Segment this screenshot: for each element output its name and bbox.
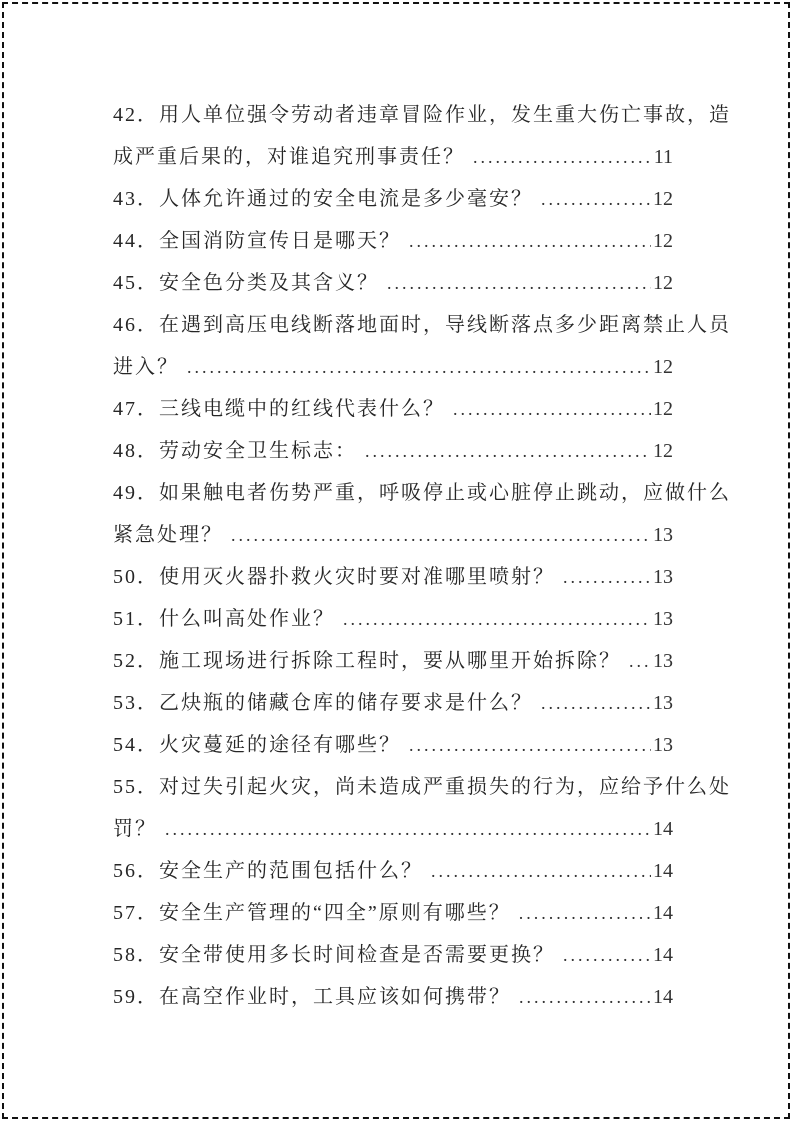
dot-leader: ........................................… (343, 598, 651, 640)
toc-line-text: 47．三线电缆中的红线代表什么？ (113, 388, 445, 430)
table-of-contents: 42．用人单位强令劳动者违章冒险作业，发生重大伤亡事故，造 成严重后果的，对谁追… (113, 94, 673, 1018)
dot-leader: ........................................… (409, 724, 651, 766)
dot-leader: ........................................… (409, 220, 651, 262)
page-number: 12 (653, 178, 673, 220)
page-number: 14 (653, 976, 673, 1018)
toc-line: 48．劳动安全卫生标志： ...........................… (113, 430, 673, 472)
toc-line: 49．如果触电者伤势严重，呼吸停止或心脏停止跳动，应做什么 (113, 472, 673, 514)
dot-leader: ........................................… (231, 514, 651, 556)
toc-line-text: 54．火灾蔓延的途径有哪些？ (113, 724, 401, 766)
dot-leader: ........................................… (541, 178, 651, 220)
dot-leader: ........................................… (519, 892, 651, 934)
toc-line: 55．对过失引起火灾，尚未造成严重损失的行为，应给予什么处 (113, 766, 673, 808)
toc-line-text: 紧急处理？ (113, 514, 223, 556)
toc-line: 46．在遇到高压电线断落地面时，导线断落点多少距离禁止人员 (113, 304, 673, 346)
dot-leader: ........................................… (387, 262, 651, 304)
dot-leader: ........................................… (365, 430, 651, 472)
toc-line-text: 56．安全生产的范围包括什么？ (113, 850, 423, 892)
toc-line: 45．安全色分类及其含义？ ..........................… (113, 262, 673, 304)
dot-leader: ........................................… (563, 934, 651, 976)
page-number: 13 (653, 514, 673, 556)
toc-line: 47．三线电缆中的红线代表什么？ .......................… (113, 388, 673, 430)
toc-line: 58．安全带使用多长时间检查是否需要更换？ ..................… (113, 934, 673, 976)
dot-leader: ........................................… (563, 556, 651, 598)
toc-line-text: 46．在遇到高压电线断落地面时，导线断落点多少距离禁止人员 (113, 314, 731, 336)
dot-leader: ........................................… (431, 850, 651, 892)
dot-leader: ........................................… (541, 682, 651, 724)
toc-line-text: 罚？ (113, 808, 157, 850)
toc-line: 51．什么叫高处作业？ ............................… (113, 598, 673, 640)
toc-line-text: 44．全国消防宣传日是哪天？ (113, 220, 401, 262)
page-number: 12 (653, 262, 673, 304)
toc-line-text: 42．用人单位强令劳动者违章冒险作业，发生重大伤亡事故，造 (113, 104, 731, 126)
toc-line: 57．安全生产管理的“四全”原则有哪些？ ...................… (113, 892, 673, 934)
toc-line: 59．在高空作业时，工具应该如何携带？ ....................… (113, 976, 673, 1018)
page-number: 14 (653, 808, 673, 850)
toc-line: 进入？ ....................................… (113, 346, 673, 388)
toc-line-text: 53．乙炔瓶的储藏仓库的储存要求是什么？ (113, 682, 533, 724)
toc-line: 44．全国消防宣传日是哪天？ .........................… (113, 220, 673, 262)
toc-line-text: 59．在高空作业时，工具应该如何携带？ (113, 976, 511, 1018)
dot-leader: ........................................… (165, 808, 651, 850)
toc-line: 50．使用灭火器扑救火灾时要对准哪里喷射？ ..................… (113, 556, 673, 598)
dot-leader: ........................................… (629, 640, 651, 682)
toc-line-text: 51．什么叫高处作业？ (113, 598, 335, 640)
dot-leader: ........................................… (187, 346, 651, 388)
page-number: 14 (653, 892, 673, 934)
dot-leader: ........................................… (473, 136, 652, 178)
page-number: 12 (653, 220, 673, 262)
page-number: 13 (653, 640, 673, 682)
toc-line: 56．安全生产的范围包括什么？ ........................… (113, 850, 673, 892)
page-number: 13 (653, 682, 673, 724)
page-number: 13 (653, 724, 673, 766)
toc-line: 54．火灾蔓延的途径有哪些？ .........................… (113, 724, 673, 766)
page-number: 14 (653, 850, 673, 892)
page-number: 13 (653, 598, 673, 640)
toc-line: 52．施工现场进行拆除工程时，要从哪里开始拆除？ ...............… (113, 640, 673, 682)
page-number: 12 (653, 346, 673, 388)
toc-line-text: 50．使用灭火器扑救火灾时要对准哪里喷射？ (113, 556, 555, 598)
page-number: 11 (654, 136, 673, 178)
page-number: 12 (653, 430, 673, 472)
page-number: 14 (653, 934, 673, 976)
toc-line-text: 45．安全色分类及其含义？ (113, 262, 379, 304)
dot-leader: ........................................… (453, 388, 651, 430)
toc-line-text: 成严重后果的，对谁追究刑事责任？ (113, 136, 465, 178)
toc-line-text: 43．人体允许通过的安全电流是多少毫安？ (113, 178, 533, 220)
toc-line-text: 48．劳动安全卫生标志： (113, 430, 357, 472)
toc-line-text: 52．施工现场进行拆除工程时，要从哪里开始拆除？ (113, 640, 621, 682)
toc-line-text: 进入？ (113, 346, 179, 388)
page-number: 13 (653, 556, 673, 598)
toc-line: 43．人体允许通过的安全电流是多少毫安？ ...................… (113, 178, 673, 220)
toc-line-text: 55．对过失引起火灾，尚未造成严重损失的行为，应给予什么处 (113, 776, 731, 798)
toc-line: 罚？ .....................................… (113, 808, 673, 850)
toc-line: 53．乙炔瓶的储藏仓库的储存要求是什么？ ...................… (113, 682, 673, 724)
dot-leader: ........................................… (519, 976, 651, 1018)
toc-line-text: 57．安全生产管理的“四全”原则有哪些？ (113, 892, 511, 934)
toc-line: 紧急处理？ ..................................… (113, 514, 673, 556)
toc-line-text: 49．如果触电者伤势严重，呼吸停止或心脏停止跳动，应做什么 (113, 482, 731, 504)
toc-line: 成严重后果的，对谁追究刑事责任？ .......................… (113, 136, 673, 178)
toc-line-text: 58．安全带使用多长时间检查是否需要更换？ (113, 934, 555, 976)
page-number: 12 (653, 388, 673, 430)
toc-line: 42．用人单位强令劳动者违章冒险作业，发生重大伤亡事故，造 (113, 94, 673, 136)
document-page: 42．用人单位强令劳动者违章冒险作业，发生重大伤亡事故，造 成严重后果的，对谁追… (0, 0, 793, 1122)
